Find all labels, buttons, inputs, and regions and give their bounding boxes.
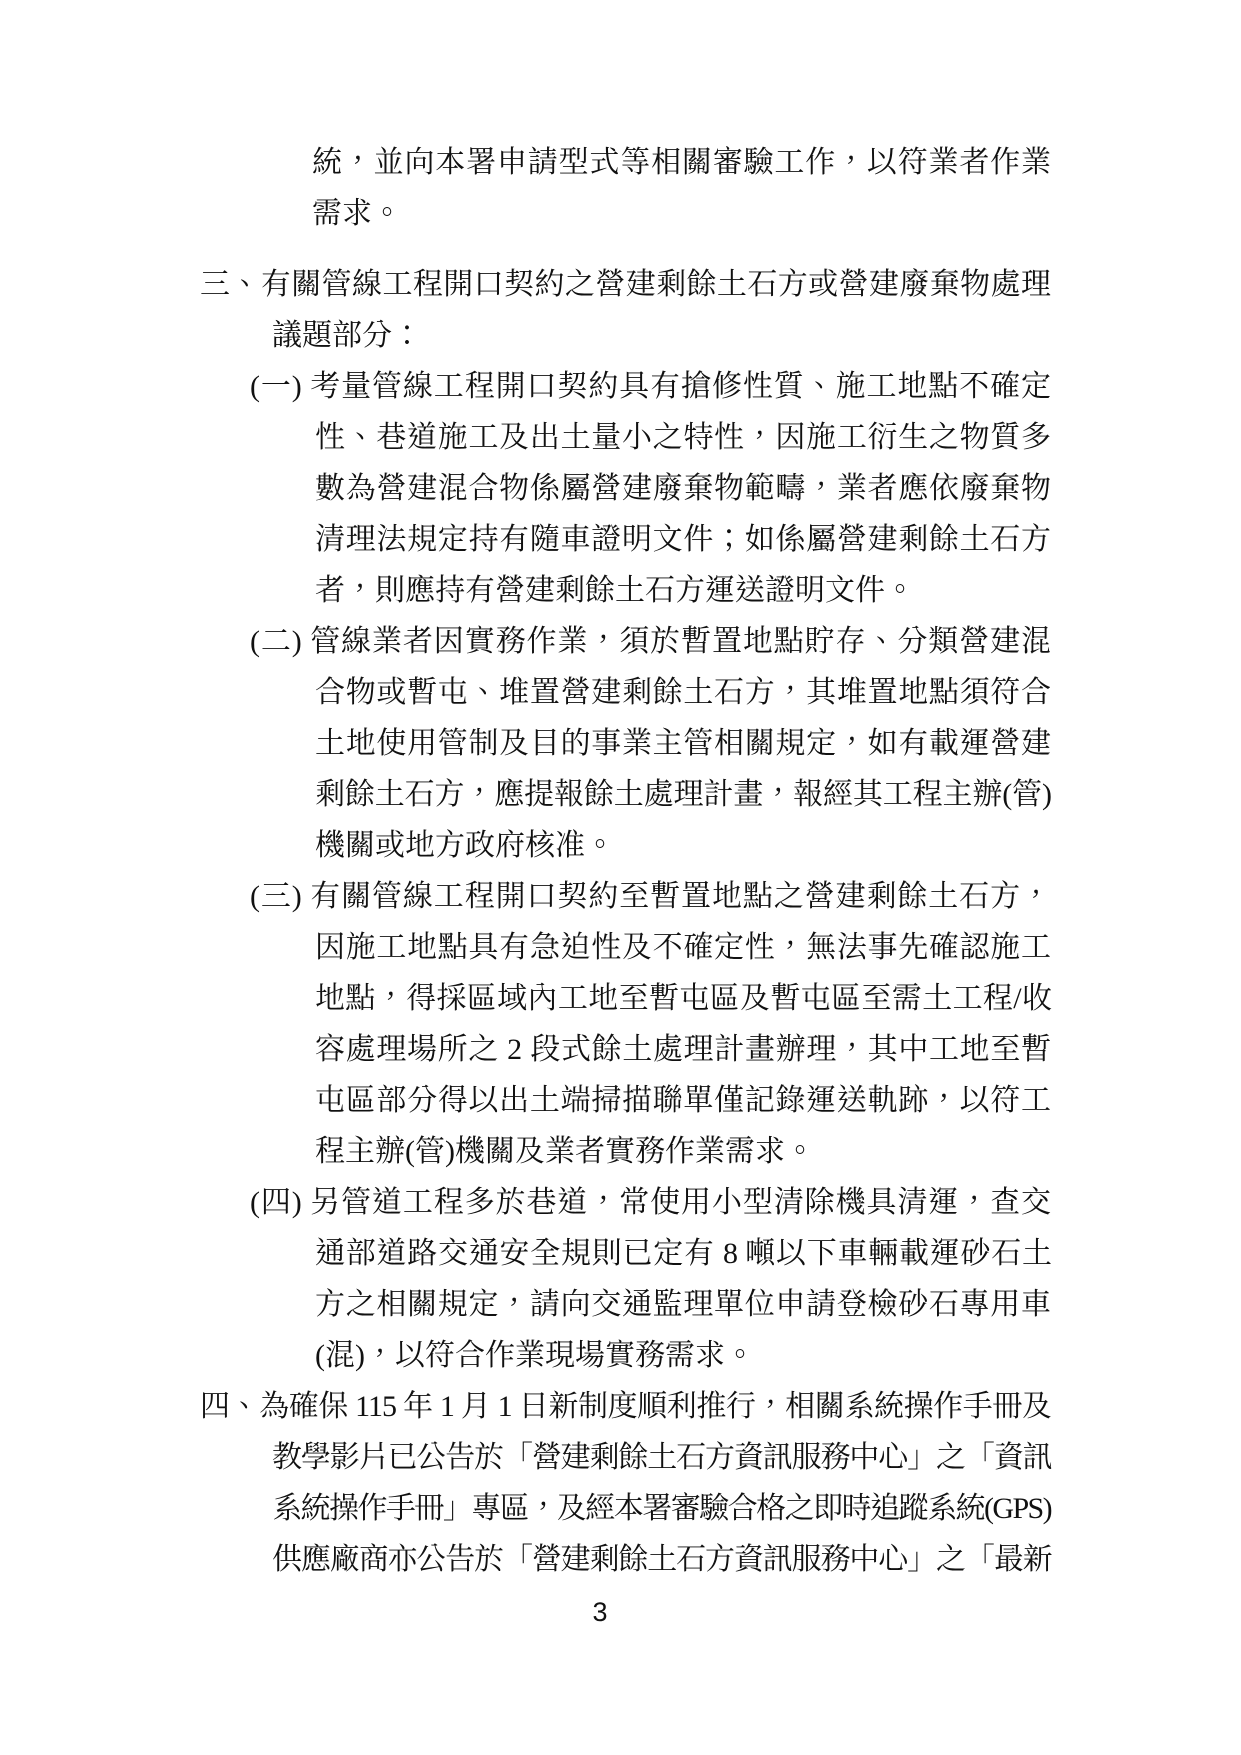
document-page: 統，並向本署申請型式等相關審驗工作，以符業者作業需求。三、有關管線工程開口契約之…: [0, 0, 1241, 1755]
text-line: 數為營建混合物係屬營建廢棄物範疇，業者應依廢棄物: [315, 463, 1051, 514]
page-number: 3: [25, 1592, 1175, 1632]
text-line: 系統操作手冊」專區，及經本署審驗合格之即時追蹤系統(GPS): [272, 1483, 1051, 1534]
text-line: 四、為確保 115 年 1 月 1 日新制度順利推行，相關系統操作手冊及: [200, 1381, 1051, 1432]
text-line: 通部道路交通安全規則已定有 8 噸以下車輛載運砂石土: [315, 1228, 1051, 1279]
document-content: 統，並向本署申請型式等相關審驗工作，以符業者作業需求。三、有關管線工程開口契約之…: [0, 137, 1241, 1585]
text-line: 性、巷道施工及出土量小之特性，因施工衍生之物質多: [315, 412, 1051, 463]
text-line: 教學影片已公告於「營建剩餘土石方資訊服務中心」之「資訊: [272, 1432, 1051, 1483]
text-line: 土地使用管制及目的事業主管相關規定，如有載運營建: [315, 718, 1051, 769]
text-line: 方之相關規定，請向交通監理單位申請登檢砂石專用車: [315, 1279, 1051, 1330]
text-line: 清理法規定持有隨車證明文件；如係屬營建剩餘土石方: [315, 514, 1051, 565]
text-line: (三) 有關管線工程開口契約至暫置地點之營建剩餘土石方，: [250, 871, 1051, 922]
text-line: (混)，以符合作業現場實務需求。: [315, 1330, 1051, 1381]
text-line: 屯區部分得以出土端掃描聯單僅記錄運送軌跡，以符工: [315, 1075, 1051, 1126]
text-line: 剩餘土石方，應提報餘土處理計畫，報經其工程主辦(管): [315, 769, 1051, 820]
text-line: 因施工地點具有急迫性及不確定性，無法事先確認施工: [315, 922, 1051, 973]
text-line: (一) 考量管線工程開口契約具有搶修性質、施工地點不確定: [250, 361, 1051, 412]
text-line: 議題部分：: [272, 310, 1051, 361]
text-line: 容處理場所之 2 段式餘土處理計畫辦理，其中工地至暫: [315, 1024, 1051, 1075]
text-line: 供應廠商亦公告於「營建剩餘土石方資訊服務中心」之「最新: [272, 1534, 1051, 1585]
text-line: 者，則應持有營建剩餘土石方運送證明文件。: [315, 565, 1051, 616]
text-line: 合物或暫屯、堆置營建剩餘土石方，其堆置地點須符合: [315, 667, 1051, 718]
text-line: 需求。: [312, 188, 1051, 239]
text-line: (二) 管線業者因實務作業，須於暫置地點貯存、分類營建混: [250, 616, 1051, 667]
text-line: 統，並向本署申請型式等相關審驗工作，以符業者作業: [312, 137, 1051, 188]
text-line: 程主辦(管)機關及業者實務作業需求。: [315, 1126, 1051, 1177]
text-line: 地點，得採區域內工地至暫屯區及暫屯區至需土工程/收: [315, 973, 1051, 1024]
text-line: 機關或地方政府核准。: [315, 820, 1051, 871]
text-line: 三、有關管線工程開口契約之營建剩餘土石方或營建廢棄物處理: [200, 259, 1051, 310]
text-line: (四) 另管道工程多於巷道，常使用小型清除機具清運，查交: [250, 1177, 1051, 1228]
